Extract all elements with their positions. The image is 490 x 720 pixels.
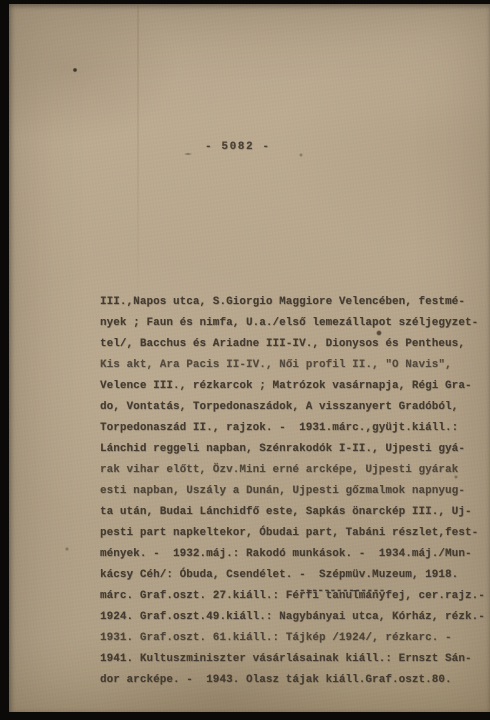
text-line: nyek ; Faun és nimfa, U.a./első lemezáll… (100, 313, 484, 334)
text-line: mények. - 1932.máj.: Rakodó munkások. - … (100, 544, 484, 565)
text-line: rak vihar előtt, Özv.Mini erné arcképe, … (100, 460, 484, 481)
page-number: - 5082 - (205, 141, 271, 153)
scanned-document-page: - 5082 - III.,Napos utca, S.Giorgio Magg… (0, 0, 490, 720)
text-line: esti napban, Uszály a Dunán, Ujpesti gőz… (100, 481, 484, 502)
text-line: III.,Napos utca, S.Giorgio Maggiore Vele… (100, 292, 484, 313)
text-line: kácsy Céh/: Óbuda, Csendélet. - Szépmüv.… (100, 565, 484, 586)
text-line: Velence III., rézkarcok ; Matrózok vasár… (100, 376, 484, 397)
typewritten-text-block: III.,Napos utca, S.Giorgio Maggiore Vele… (100, 292, 484, 691)
text-line: dor arcképe. - 1943. Olasz tájak kiáll.G… (100, 670, 484, 691)
text-line: 1924. Graf.oszt.49.kiáll.: Nagybányai ut… (100, 607, 484, 628)
text-line: pesti part napkeltekor, Óbudai part, Tab… (100, 523, 484, 544)
text-line: tel/, Bacchus és Ariadne III-IV., Dionys… (100, 334, 484, 355)
text-line: Torpedonaszád II., rajzok. - 1931.márc.,… (100, 418, 484, 439)
text-line: Kis akt, Ara Pacis II-IV., Női profil II… (100, 355, 484, 376)
text-line: ta után, Budai Lánchidfő este, Sapkás ön… (100, 502, 484, 523)
text-line: márc. Graf.oszt. 27.kiáll.: Férfi tanulm… (100, 586, 484, 607)
text-line: 1941. Kultuszminiszter vásárlásainak kiá… (100, 649, 484, 670)
dashed-underline-mark: -------------- (299, 586, 385, 596)
text-line: 1931. Graf.oszt. 61.kiáll.: Tájkép /1924… (100, 628, 484, 649)
text-line: do, Vontatás, Torpedonaszádok, A visszan… (100, 397, 484, 418)
paper-crease (137, 4, 139, 314)
text-line: Lánchid reggeli napban, Szénrakodók I-II… (100, 439, 484, 460)
